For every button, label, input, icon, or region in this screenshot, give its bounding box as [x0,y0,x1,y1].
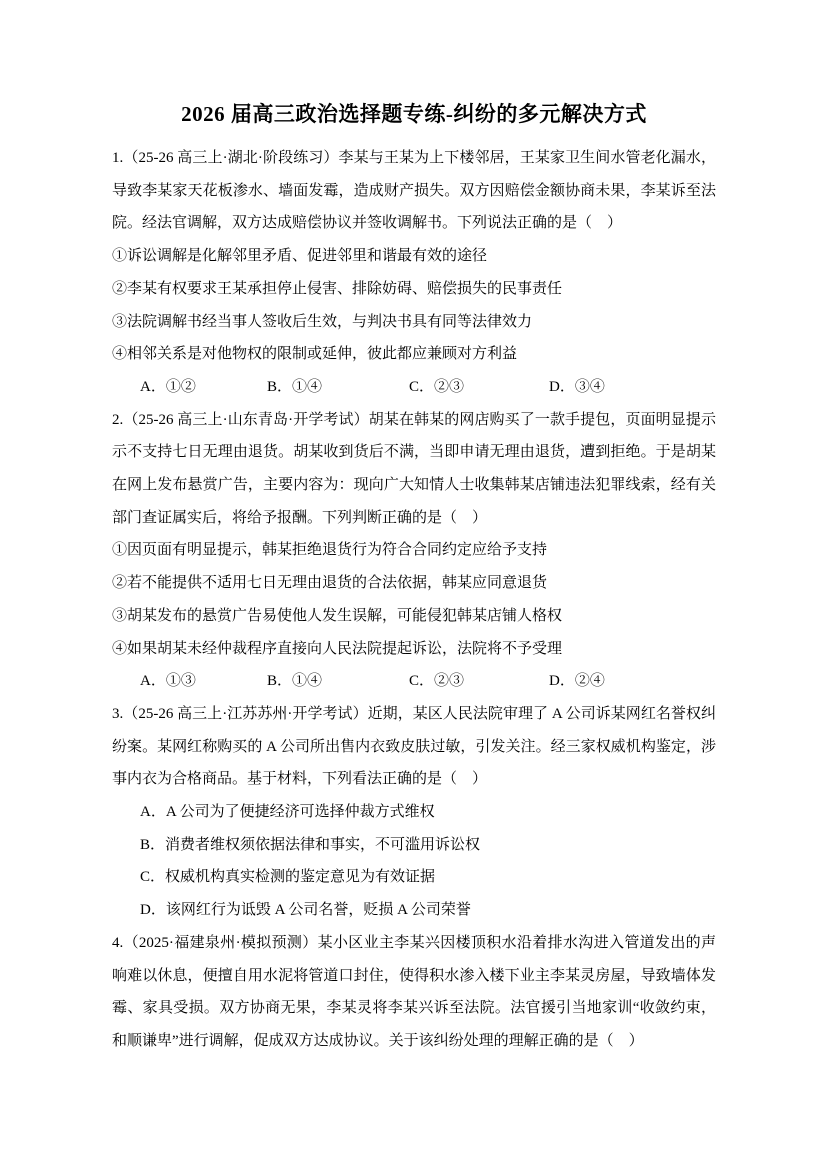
choice-line: B．消费者维权须依据法律和事实，不可滥用诉讼权 [112,829,716,862]
statement-line: ①诉讼调解是化解邻里矛盾、促进邻里和谐最有效的途径 [112,240,716,273]
question-number: 3. [112,706,123,722]
choice-line: C．权威机构真实检测的鉴定意见为有效证据 [112,861,716,894]
statement-line: ①因页面有明显提示，韩某拒绝退货行为符合合同约定应给予支持 [112,534,716,567]
question-source: （25-26 高三上·江苏苏州·开学考试） [123,706,367,722]
question-number: 1. [112,150,123,166]
choice-option: B．①④ [267,665,409,698]
choice-option: C．②③ [409,665,549,698]
statement-line: ④如果胡某未经仲裁程序直接向人民法院提起诉讼，法院将不予受理 [112,633,716,666]
choice-line: A．A 公司为了便捷经济可选择仲裁方式维权 [112,796,716,829]
statement-line: ②李某有权要求王某承担停止侵害、排除妨碍、赔偿损失的民事责任 [112,273,716,306]
question-1-choices: A．①② B．①④ C．②③ D．③④ [112,371,716,404]
statement-line: ③胡某发布的悬赏广告易使他人发生误解，可能侵犯韩某店铺人格权 [112,600,716,633]
choice-option: A．①② [140,371,267,404]
choice-option: D．②④ [549,665,605,698]
question-3: 3.（25-26 高三上·江苏苏州·开学考试）近期，某区人民法院审理了 A 公司… [112,698,716,927]
statement-line: ②若不能提供不适用七日无理由退货的合法依据，韩某应同意退货 [112,567,716,600]
question-number: 4. [112,935,123,951]
question-1-stem: 1.（25-26 高三上·湖北·阶段练习）李某与王某为上下楼邻居，王某家卫生间水… [112,142,716,240]
page-title: 2026 届高三政治选择题专练-纠纷的多元解决方式 [112,96,716,132]
statement-line: ④相邻关系是对他物权的限制或延伸，彼此都应兼顾对方利益 [112,338,716,371]
question-1: 1.（25-26 高三上·湖北·阶段练习）李某与王某为上下楼邻居，王某家卫生间水… [112,142,716,404]
question-source: （25-26 高三上·湖北·阶段练习） [123,150,338,166]
statement-line: ③法院调解书经当事人签收后生效，与判决书具有同等法律效力 [112,306,716,339]
question-2-choices: A．①③ B．①④ C．②③ D．②④ [112,665,716,698]
question-source: （25-26 高三上·山东青岛·开学考试） [123,412,368,428]
choice-option: B．①④ [267,371,409,404]
question-4-stem: 4.（2025·福建泉州·模拟预测）某小区业主李某兴因楼顶积水沿着排水沟进入管道… [112,927,716,1058]
choice-option: C．②③ [409,371,549,404]
choice-line: D．该网红行为诋毁 A 公司名誉，贬损 A 公司荣誉 [112,894,716,927]
choice-option: A．①③ [140,665,267,698]
document-page: 2026 届高三政治选择题专练-纠纷的多元解决方式 1.（25-26 高三上·湖… [0,0,827,1169]
question-number: 2. [112,412,123,428]
question-2: 2.（25-26 高三上·山东青岛·开学考试）胡某在韩某的网店购买了一款手提包，… [112,404,716,698]
question-4: 4.（2025·福建泉州·模拟预测）某小区业主李某兴因楼顶积水沿着排水沟进入管道… [112,927,716,1058]
choice-option: D．③④ [549,371,605,404]
question-stem-text: 某小区业主李某兴因楼顶积水沿着排水沟进入管道发出的声响难以休息，便擅自用水泥将管… [112,935,716,1049]
question-source: （2025·福建泉州·模拟预测） [123,935,317,951]
question-2-stem: 2.（25-26 高三上·山东青岛·开学考试）胡某在韩某的网店购买了一款手提包，… [112,404,716,535]
question-3-stem: 3.（25-26 高三上·江苏苏州·开学考试）近期，某区人民法院审理了 A 公司… [112,698,716,796]
question-stem-text: 胡某在韩某的网店购买了一款手提包，页面明显提示示不支持七日无理由退货。胡某收到货… [112,412,716,526]
